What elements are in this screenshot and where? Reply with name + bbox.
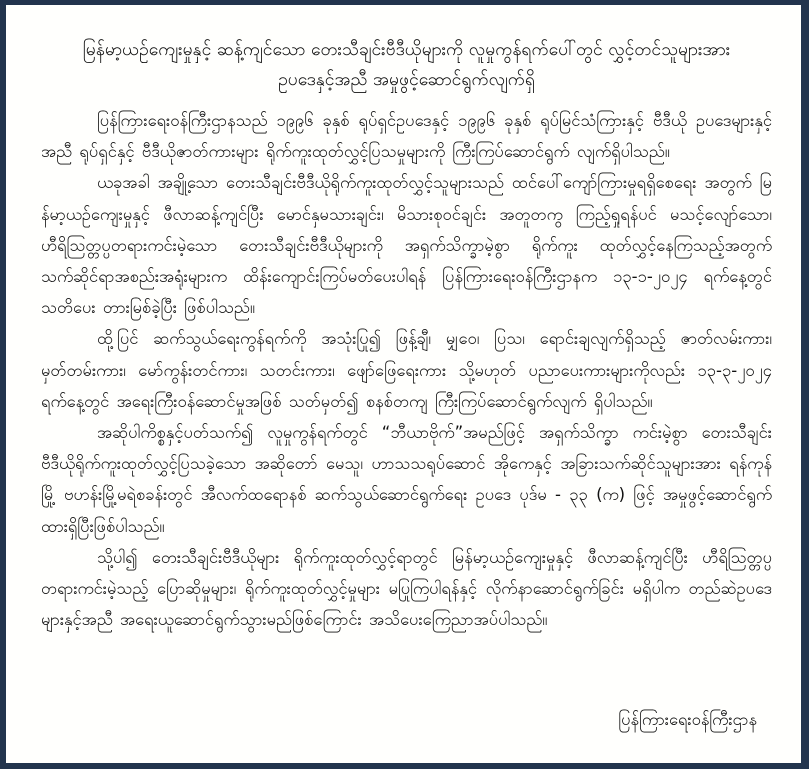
document-page: မြန်မာ့ယဉ်ကျေးမှုနှင့် ဆန့်ကျင်သော တေးသီ… (6, 5, 801, 763)
document-title: မြန်မာ့ယဉ်ကျေးမှုနှင့် ဆန့်ကျင်သော တေးသီ… (41, 35, 772, 95)
signature-ministry: ပြန်ကြားရေးဝန်ကြီးဌာန (618, 705, 757, 735)
paragraph-3: ထို့ပြင် ဆက်သွယ်ရေးကွန်ရက်ကို အသုံးပြု၍ … (41, 323, 772, 417)
paragraph-2: ယခုအခါ အချို့သော တေးသီချင်းဗီဒီယိုရိုက်က… (41, 167, 772, 323)
paragraph-4: အဆိုပါကိစ္စနှင့်ပတ်သက်၍ လူမှုကွန်ရက်တွင်… (41, 417, 772, 542)
title-line-2: ဥပဒေနှင့်အညီ အမှုဖွင့်ဆောင်ရွက်လျက်ရှိ (41, 65, 772, 95)
title-line-1: မြန်မာ့ယဉ်ကျေးမှုနှင့် ဆန့်ကျင်သော တေးသီ… (41, 35, 772, 65)
document-frame: မြန်မာ့ယဉ်ကျေးမှုနှင့် ဆန့်ကျင်သော တေးသီ… (0, 0, 809, 769)
paragraph-5: သို့ပါ၍ တေးသီချင်းဗီဒီယိုများ ရိုက်ကူးထု… (41, 542, 772, 636)
paragraph-1: ပြန်ကြားရေးဝန်ကြီးဌာနသည် ၁၉၉၆ ခုနှစ် ရုပ… (41, 105, 772, 167)
